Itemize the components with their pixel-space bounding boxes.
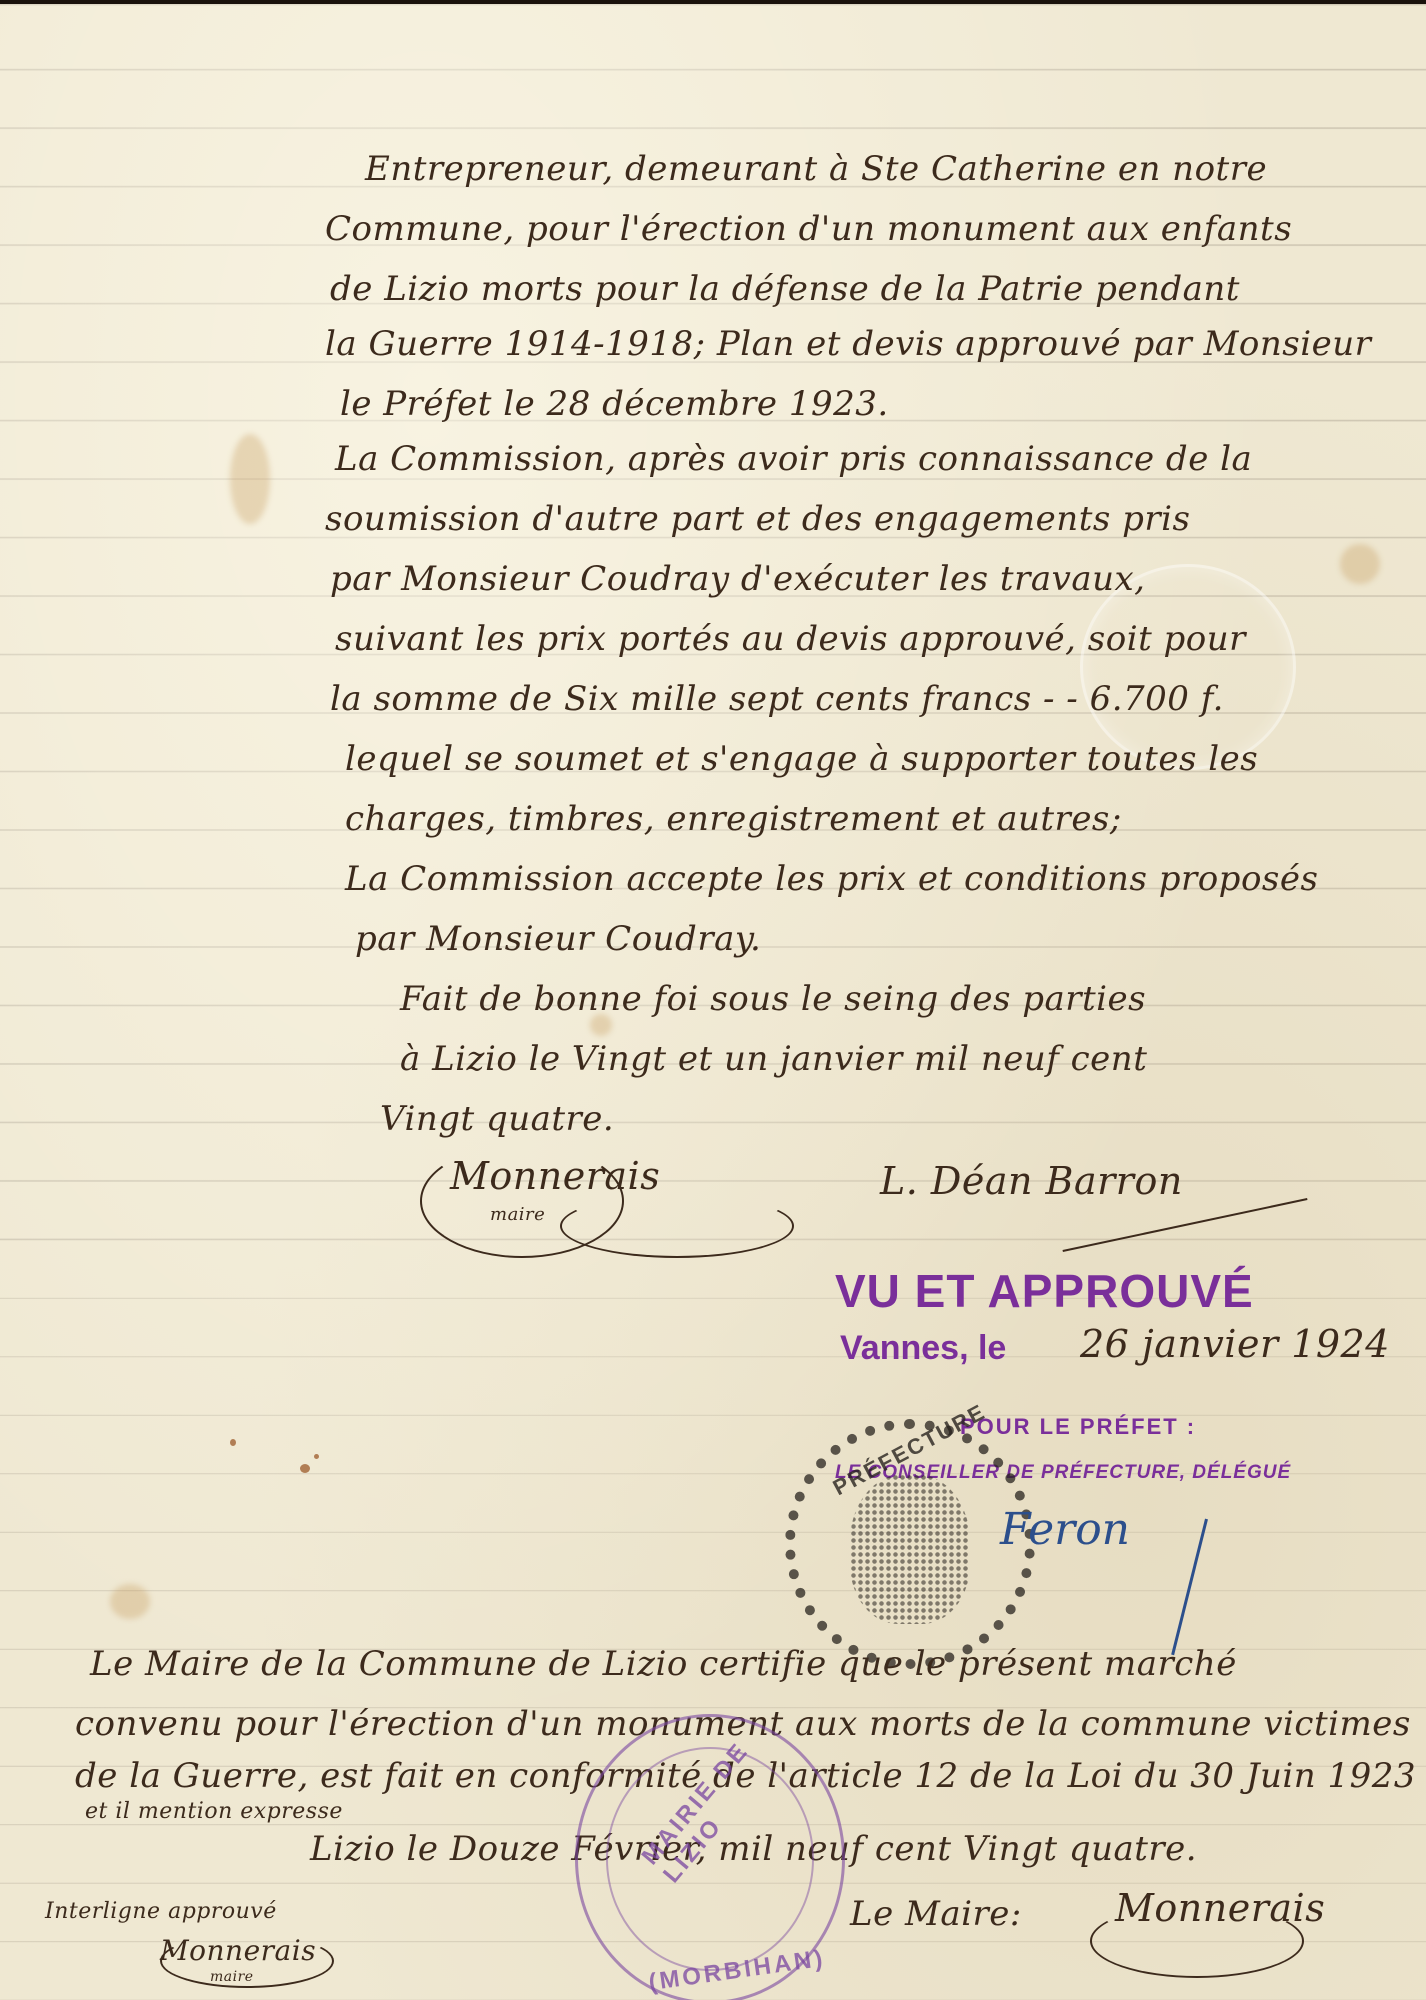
margin-note-text: Interligne approuvé [45, 1899, 277, 1924]
body-line: La Commission accepte les prix et condit… [345, 859, 1318, 899]
signature-flourish [560, 1194, 794, 1258]
body-line: Fait de bonne foi sous le seing des part… [400, 979, 1146, 1019]
body-line: la somme de Six mille sept cents francs … [330, 679, 1224, 719]
cert-signoff-label: Le Maire: [850, 1894, 1022, 1934]
body-line: la Guerre 1914-1918; Plan et devis appro… [325, 324, 1371, 364]
second-signature: L. Déan Barron [880, 1159, 1183, 1203]
paper-stain [230, 434, 270, 524]
prefect-signature-stroke [1171, 1519, 1208, 1656]
pour-le-prefet: POUR LE PRÉFET : [960, 1414, 1196, 1440]
approval-title: VU ET APPROUVÉ [835, 1264, 1254, 1318]
body-line: Vingt quatre. [380, 1099, 614, 1139]
body-line: Entrepreneur, demeurant à Ste Catherine … [365, 149, 1267, 189]
body-line: soumission d'autre part et des engagemen… [325, 499, 1190, 539]
body-line: charges, timbres, enregistrement et autr… [345, 799, 1122, 839]
paper-stain [1340, 544, 1380, 584]
body-line: à Lizio le Vingt et un janvier mil neuf … [400, 1039, 1147, 1079]
body-line: lequel se soumet et s'engage à supporter… [345, 739, 1258, 779]
body-line: le Préfet le 28 décembre 1923. [340, 384, 889, 424]
signature-flourish [1090, 1904, 1304, 1978]
signature-flourish [160, 1934, 334, 1988]
document-page: Entrepreneur, demeurant à Ste Catherine … [0, 4, 1426, 2000]
foxing-spot [230, 1439, 236, 1446]
body-line: Commune, pour l'érection d'un monument a… [325, 209, 1292, 249]
mairie-seal: MAIRIE DE LIZIO (MORBIHAN) [575, 1714, 845, 2000]
cert-line-insert: et il mention expresse [85, 1799, 343, 1824]
approval-date-handwritten: 26 janvier 1924 [1080, 1322, 1390, 1366]
body-line: par Monsieur Coudray. [355, 919, 761, 959]
signature-underline [1063, 1198, 1308, 1252]
body-line: La Commission, après avoir pris connaiss… [335, 439, 1252, 479]
foxing-spot [300, 1464, 310, 1473]
prefecture-seal: PRÉFECTURE [785, 1419, 1035, 1669]
marianne-figure [850, 1474, 970, 1624]
approval-place: Vannes, le [840, 1329, 1006, 1368]
prefect-signature: Feron [1000, 1504, 1130, 1555]
cert-line: Le Maire de la Commune de Lizio certifie… [90, 1644, 1237, 1684]
body-line: suivant les prix portés au devis approuv… [335, 619, 1246, 659]
body-line: de Lizio morts pour la défense de la Pat… [330, 269, 1240, 309]
body-line: par Monsieur Coudray d'exécuter les trav… [330, 559, 1145, 599]
paper-stain [110, 1584, 150, 1619]
foxing-spot [314, 1454, 319, 1459]
